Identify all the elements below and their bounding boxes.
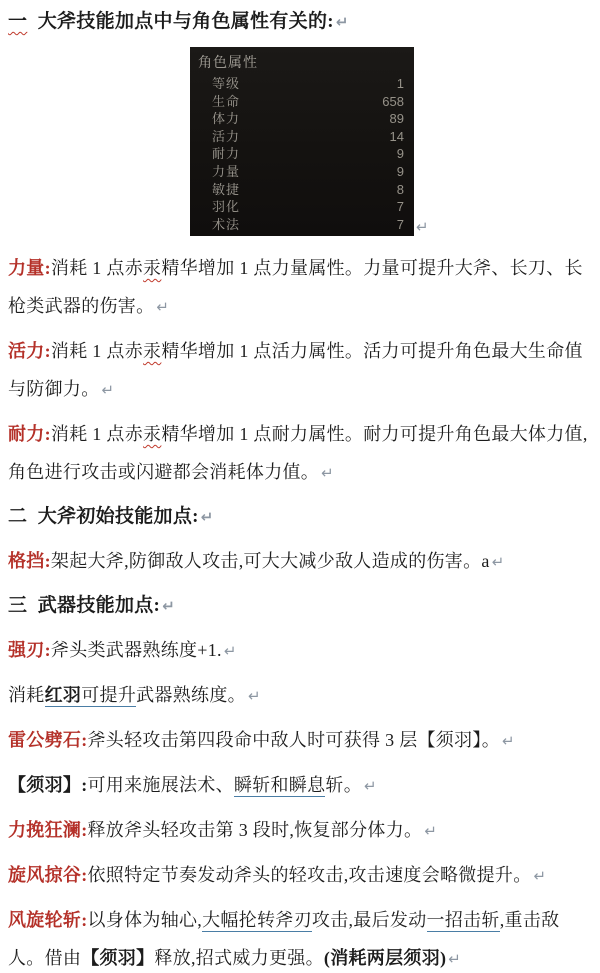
attr-value: 8 [397, 181, 404, 199]
paragraph-endurance: 耐力:消耗 1 点赤汞精华增加 1 点耐力属性。耐力可提升角色最大体力值,角色进… [8, 415, 592, 492]
paragraph-thunder-split: 雷公劈石:斧头轻攻击第四段命中敌人时可获得 3 层【须羽】。↵ [8, 721, 592, 760]
heading-axe-attributes: 一大斧技能加点中与角色属性有关的:↵ [8, 3, 592, 41]
attr-row-stamina: 体力89 [198, 110, 404, 128]
term-whirlwind: 旋风掠谷: [8, 865, 88, 885]
attr-row-feathering: 羽化7 [198, 198, 404, 216]
term-xuyu-ref: 【须羽】 [81, 948, 154, 968]
term-vitality: 活力: [8, 341, 51, 361]
body-text: 消耗 1 点赤 [51, 341, 143, 361]
body-text: 消耗 1 点赤 [51, 424, 143, 444]
attr-label: 敏捷 [212, 181, 240, 199]
underlined-phrase: 大幅抡转斧刃 [202, 910, 312, 932]
attr-label: 术法 [212, 216, 240, 234]
heading-weapon-skills: 三武器技能加点:↵ [8, 587, 592, 625]
heading-number: 二 [8, 506, 27, 527]
paragraph-vitality: 活力:消耗 1 点赤汞精华增加 1 点活力属性。活力可提升角色最大生命值与防御力… [8, 332, 592, 409]
paragraph-mark-icon: ↵ [102, 381, 115, 399]
body-text: 以身体为轴心, [88, 910, 203, 930]
attribute-screenshot-block: 角色属性 等级1 生命658 体力89 活力14 耐力9 力量9 敏捷8 羽化7… [190, 47, 592, 236]
attr-row-vitality: 活力14 [198, 128, 404, 146]
underlined-phrase: 瞬斩和瞬息 [234, 775, 326, 797]
paragraph-mark-icon: ↵ [502, 732, 515, 750]
underlined-phrase: 红羽可提升 [45, 685, 137, 707]
heading-title: 武器技能加点: [38, 595, 160, 616]
attr-label: 生命 [212, 93, 240, 111]
paragraph-mark-icon: ↵ [156, 298, 169, 316]
paragraph-xuyu: 【须羽】:可用来施展法术、瞬斩和瞬息斩。↵ [8, 766, 592, 805]
paragraph-strong-blade: 强刃:斧头类武器熟练度+1.↵ [8, 631, 592, 670]
term-turn-tide: 力挽狂澜: [8, 820, 88, 840]
body-text: 斩。 [325, 775, 362, 795]
term-spin-slash: 风旋轮斩: [8, 910, 88, 930]
spellcheck-word: 汞 [143, 341, 161, 361]
paragraph-mark-icon: ↵ [201, 508, 214, 526]
paragraph-mark-icon: ↵ [492, 553, 505, 571]
attr-label: 等级 [212, 75, 240, 93]
body-text: 斧头类武器熟练度+1. [51, 640, 222, 660]
term-block: 格挡: [8, 551, 51, 571]
attr-label: 体力 [212, 110, 240, 128]
term-xuyu: 【须羽】: [8, 775, 88, 795]
body-text: 消耗 [8, 685, 45, 705]
paragraph-mark-icon: ↵ [416, 218, 429, 236]
attr-value: 89 [390, 110, 404, 128]
paragraph-mark-icon: ↵ [248, 687, 261, 705]
paragraph-mark-icon: ↵ [364, 777, 377, 795]
body-text: 消耗 1 点赤 [51, 258, 143, 278]
body-text: 依照特定节奏发动斧头的轻攻击,攻击速度会略微提升。 [88, 865, 532, 885]
body-text: 武器熟练度。 [136, 685, 246, 705]
attr-value: 14 [390, 128, 404, 146]
body-text: 释放,招式威力更强。 [154, 948, 324, 968]
paragraph-mark-icon: ↵ [448, 950, 461, 968]
heading-number: 一 [8, 11, 27, 32]
heading-title: 大斧技能加点中与角色属性有关的: [38, 11, 334, 32]
attr-value: 7 [397, 198, 404, 216]
character-attributes-panel: 角色属性 等级1 生命658 体力89 活力14 耐力9 力量9 敏捷8 羽化7… [190, 47, 414, 236]
attr-value: 9 [397, 145, 404, 163]
underlined-phrase: 一招击斩 [427, 910, 500, 932]
spellcheck-word: 汞 [143, 424, 161, 444]
body-text: 释放斧头轻攻击第 3 段时,恢复部分体力。 [88, 820, 423, 840]
spellcheck-word: 汞 [143, 258, 161, 278]
attr-row-health: 生命658 [198, 93, 404, 111]
paragraph-mark-icon: ↵ [224, 642, 237, 660]
paragraph-mark-icon: ↵ [424, 822, 437, 840]
attr-value: 7 [397, 216, 404, 234]
attr-label: 力量 [212, 163, 240, 181]
paragraph-spin-slash: 风旋轮斩:以身体为轴心,大幅抡转斧刃攻击,最后发动一招击斩,重击敌人。借由【须羽… [8, 901, 592, 973]
paragraph-block: 格挡:架起大斧,防御敌人攻击,可大大减少敌人造成的伤害。a↵ [8, 542, 592, 581]
attr-row-level: 等级1 [198, 75, 404, 93]
paragraph-turn-tide: 力挽狂澜:释放斧头轻攻击第 3 段时,恢复部分体力。↵ [8, 811, 592, 850]
term-red-feather: 红羽 [45, 685, 82, 705]
term-strong-blade: 强刃: [8, 640, 51, 660]
term-thunder-split: 雷公劈石: [8, 730, 88, 750]
cost-note: (消耗两层须羽) [324, 948, 446, 968]
term-strength: 力量: [8, 258, 51, 278]
body-text: 攻击,最后发动 [312, 910, 427, 930]
paragraph-mark-icon: ↵ [162, 597, 175, 615]
attr-row-agility: 敏捷8 [198, 181, 404, 199]
paragraph-mark-icon: ↵ [534, 867, 547, 885]
body-text: 可提升 [81, 685, 136, 705]
attr-row-strength: 力量9 [198, 163, 404, 181]
attr-value: 9 [397, 163, 404, 181]
document-page: 一大斧技能加点中与角色属性有关的:↵ 角色属性 等级1 生命658 体力89 活… [0, 0, 600, 973]
attr-value: 1 [397, 75, 404, 93]
body-text: 可用来施展法术、 [88, 775, 234, 795]
heading-number: 三 [8, 595, 27, 616]
paragraph-mark-icon: ↵ [321, 464, 334, 482]
attr-row-spell: 术法7 [198, 216, 404, 234]
body-text: 架起大斧,防御敌人攻击,可大大减少敌人造成的伤害。a [51, 551, 490, 571]
paragraph-strength: 力量:消耗 1 点赤汞精华增加 1 点力量属性。力量可提升大斧、长刀、长枪类武器… [8, 249, 592, 326]
heading-initial-skills: 二大斧初始技能加点:↵ [8, 498, 592, 536]
paragraph-mark-icon: ↵ [336, 13, 349, 31]
attr-value: 658 [382, 93, 404, 111]
attr-label: 耐力 [212, 145, 240, 163]
paragraph-whirlwind: 旋风掠谷:依照特定节奏发动斧头的轻攻击,攻击速度会略微提升。↵ [8, 856, 592, 895]
heading-title: 大斧初始技能加点: [38, 506, 199, 527]
attr-label: 活力 [212, 128, 240, 146]
term-endurance: 耐力: [8, 424, 51, 444]
panel-title: 角色属性 [198, 52, 404, 72]
paragraph-red-feather: 消耗红羽可提升武器熟练度。↵ [8, 676, 592, 715]
body-text: 斧头轻攻击第四段命中敌人时可获得 3 层【须羽】。 [88, 730, 501, 750]
attr-row-endurance: 耐力9 [198, 145, 404, 163]
attr-label: 羽化 [212, 198, 240, 216]
